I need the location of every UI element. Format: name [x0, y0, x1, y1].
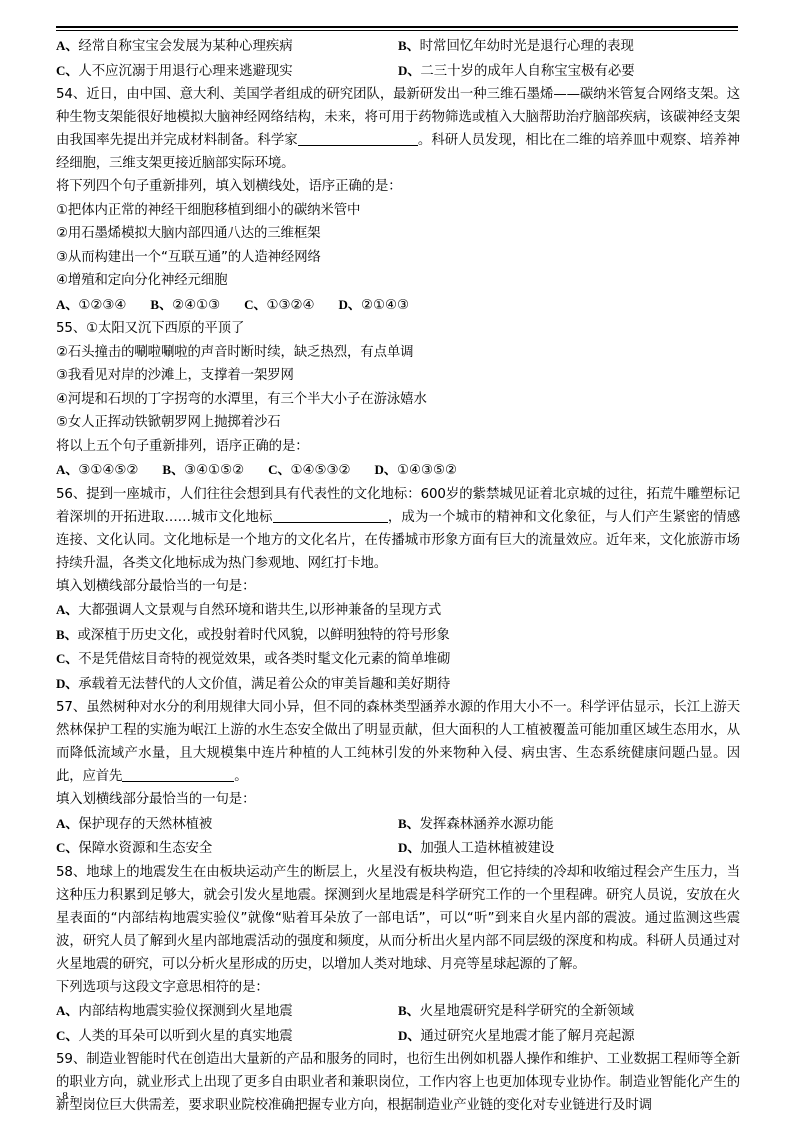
- q57-option-c: C、保障水资源和生态安全: [56, 836, 398, 861]
- q54-sentence-4: ④增殖和定向分化神经元细胞: [56, 269, 740, 293]
- q55-sentence-2: ②石头撞击的唰啦唰啦的声音时断时续，缺乏热烈，有点单调: [56, 341, 740, 365]
- q54-option-a: A、①②③④: [56, 293, 126, 318]
- page-number: - 8 -: [56, 1090, 74, 1102]
- q54-option-c: C、①③②④: [244, 293, 314, 318]
- q57-option-a: A、保护现存的天然林植被: [56, 812, 398, 837]
- q53-option-b: B、时常回忆年幼时光是退行心理的表现: [398, 34, 740, 59]
- q54-option-b: B、②④①③: [150, 293, 220, 318]
- header-rule-thin: [56, 30, 738, 31]
- page-content: A、经常自称宝宝会发展为某种心理疾病 B、时常回忆年幼时光是退行心理的表现 C、…: [56, 34, 740, 1117]
- q58-options-row-2: C、人类的耳朵可以听到火星的真实地震 D、通过研究火星地震才能了解月亮起源: [56, 1024, 740, 1049]
- q57-prompt: 填入划横线部分最恰当的一句是：: [56, 788, 740, 812]
- q56-option-a: A、大都强调人文景观与自然环境和谐共生,以形神兼备的呈现方式: [56, 598, 740, 623]
- q54-sentence-1: ①把体内正常的神经干细胞移植到细小的碳纳米管中: [56, 199, 740, 223]
- q57-answer-blank: [122, 767, 234, 782]
- q56-option-c: C、不是凭借炫目奇特的视觉效果，或各类时髦文化元素的简单堆砌: [56, 647, 740, 672]
- q55-prompt: 将以上五个句子重新排列，语序正确的是：: [56, 435, 740, 459]
- q54-prompt: 将下列四个句子重新排列，填入划横线处，语序正确的是：: [56, 175, 740, 199]
- q58-option-a: A、内部结构地震实验仪探测到火星地震: [56, 999, 398, 1024]
- q54-passage: 54、近日，由中国、意大利、美国学者组成的研究团队，最新研发出一种三维石墨烯——…: [56, 83, 740, 175]
- q55-sentence-1: 55、①太阳又沉下西原的平顶了: [56, 317, 740, 341]
- q55-options: A、③①④⑤② B、③④①⑤② C、①④⑤③② D、①④③⑤②: [56, 458, 740, 483]
- q59-passage: 59、制造业智能时代在创造出大量新的产品和服务的同时，也衍生出例如机器人操作和维…: [56, 1048, 740, 1117]
- q54-options: A、①②③④ B、②④①③ C、①③②④ D、②①④③: [56, 293, 740, 318]
- q57-option-d: D、加强人工造林植被建设: [398, 836, 740, 861]
- q58-option-c: C、人类的耳朵可以听到火星的真实地震: [56, 1024, 398, 1049]
- q58-option-b: B、火星地震研究是科学研究的全新领域: [398, 999, 740, 1024]
- q56-answer-blank: [273, 508, 388, 523]
- q56-option-d: D、承载着无法替代的人文价值，满足着公众的审美旨趣和美好期待: [56, 672, 740, 697]
- q53-options-row-1: A、经常自称宝宝会发展为某种心理疾病 B、时常回忆年幼时光是退行心理的表现: [56, 34, 740, 59]
- q55-sentence-3: ③我看见对岸的沙滩上，支撑着一架罗网: [56, 364, 740, 388]
- q55-option-c: C、①④⑤③②: [268, 458, 350, 483]
- q56-passage: 56、提到一座城市，人们往往会想到具有代表性的文化地标：600岁的紫禁城见证着北…: [56, 483, 740, 575]
- q55-sentence-5: ⑤女人正挥动铁锨朝罗网上抛掷着沙石: [56, 411, 740, 435]
- q54-answer-blank: [298, 131, 418, 146]
- q54-sentence-2: ②用石墨烯模拟大脑内部四通八达的三维框架: [56, 222, 740, 246]
- q53-option-a: A、经常自称宝宝会发展为某种心理疾病: [56, 34, 398, 59]
- q55-option-b: B、③④①⑤②: [162, 458, 244, 483]
- q56-option-b: B、或深植于历史文化，或投射着时代风貌，以鲜明独特的符号形象: [56, 623, 740, 648]
- q58-options-row-1: A、内部结构地震实验仪探测到火星地震 B、火星地震研究是科学研究的全新领域: [56, 999, 740, 1024]
- q54-option-d: D、②①④③: [339, 293, 409, 318]
- q58-passage: 58、地球上的地震发生在由板块运动产生的断层上，火星没有板块构造，但它持续的冷却…: [56, 861, 740, 976]
- q57-options-row-2: C、保障水资源和生态安全 D、加强人工造林植被建设: [56, 836, 740, 861]
- q55-option-d: D、①④③⑤②: [375, 458, 457, 483]
- header-rule-thick: [56, 26, 738, 28]
- q54-sentence-3: ③从而构建出一个“互联互通”的人造神经网络: [56, 246, 740, 270]
- q57-option-b: B、发挥森林涵养水源功能: [398, 812, 740, 837]
- q53-options-row-2: C、人不应沉溺于用退行心理来逃避现实 D、二三十岁的成年人自称宝宝极有必要: [56, 59, 740, 84]
- q56-prompt: 填入划横线部分最恰当的一句是：: [56, 575, 740, 599]
- q55-sentence-4: ④河堤和石坝的丁字拐弯的水潭里，有三个半大小子在游泳嬉水: [56, 388, 740, 412]
- q57-options-row-1: A、保护现存的天然林植被 B、发挥森林涵养水源功能: [56, 812, 740, 837]
- q58-prompt: 下列选项与这段文字意思相符的是：: [56, 976, 740, 1000]
- document-page: A、经常自称宝宝会发展为某种心理疾病 B、时常回忆年幼时光是退行心理的表现 C、…: [0, 0, 793, 1122]
- q58-option-d: D、通过研究火星地震才能了解月亮起源: [398, 1024, 740, 1049]
- q55-option-a: A、③①④⑤②: [56, 458, 138, 483]
- q53-option-d: D、二三十岁的成年人自称宝宝极有必要: [398, 59, 740, 84]
- q57-passage: 57、虽然树种对水分的利用规律大同小异，但不同的森林类型涵养水源的作用大小不一。…: [56, 696, 740, 788]
- q53-option-c: C、人不应沉溺于用退行心理来逃避现实: [56, 59, 398, 84]
